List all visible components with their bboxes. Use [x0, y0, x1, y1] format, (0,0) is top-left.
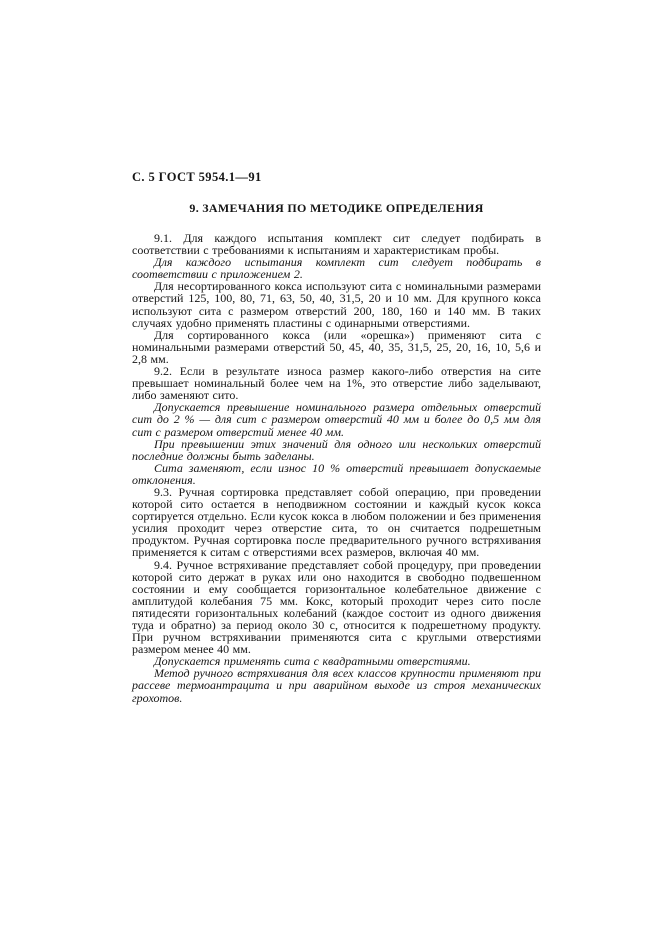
body-text: 9.1. Для каждого испытания комплект сит … [132, 232, 541, 704]
paragraph: 9.1. Для каждого испытания комплект сит … [132, 232, 541, 256]
paragraph: 9.3. Ручная сортировка представляет собо… [132, 486, 541, 559]
paragraph: Метод ручного встряхивания для всех клас… [132, 667, 541, 703]
paragraph: При превышении этих значений для одного … [132, 438, 541, 462]
text-block: С. 5 ГОСТ 5954.1—91 9. ЗАМЕЧАНИЯ ПО МЕТО… [132, 170, 541, 704]
paragraph: Допускается превышение номинального разм… [132, 401, 541, 437]
paragraph: 9.4. Ручное встряхивание представляет со… [132, 559, 541, 656]
paragraph: Сита заменяют, если износ 10 % отверстий… [132, 462, 541, 486]
paragraph: Для сортированного кокса (или «орешка») … [132, 329, 541, 365]
paragraph: Для несортированного кокса используют си… [132, 280, 541, 328]
running-header: С. 5 ГОСТ 5954.1—91 [132, 170, 541, 184]
paragraph: Для каждого испытания комплект сит следу… [132, 256, 541, 280]
paragraph: 9.2. Если в результате износа размер как… [132, 365, 541, 401]
document-page: С. 5 ГОСТ 5954.1—91 9. ЗАМЕЧАНИЯ ПО МЕТО… [0, 0, 661, 935]
section-heading: 9. ЗАМЕЧАНИЯ ПО МЕТОДИКЕ ОПРЕДЕЛЕНИЯ [132, 201, 541, 215]
